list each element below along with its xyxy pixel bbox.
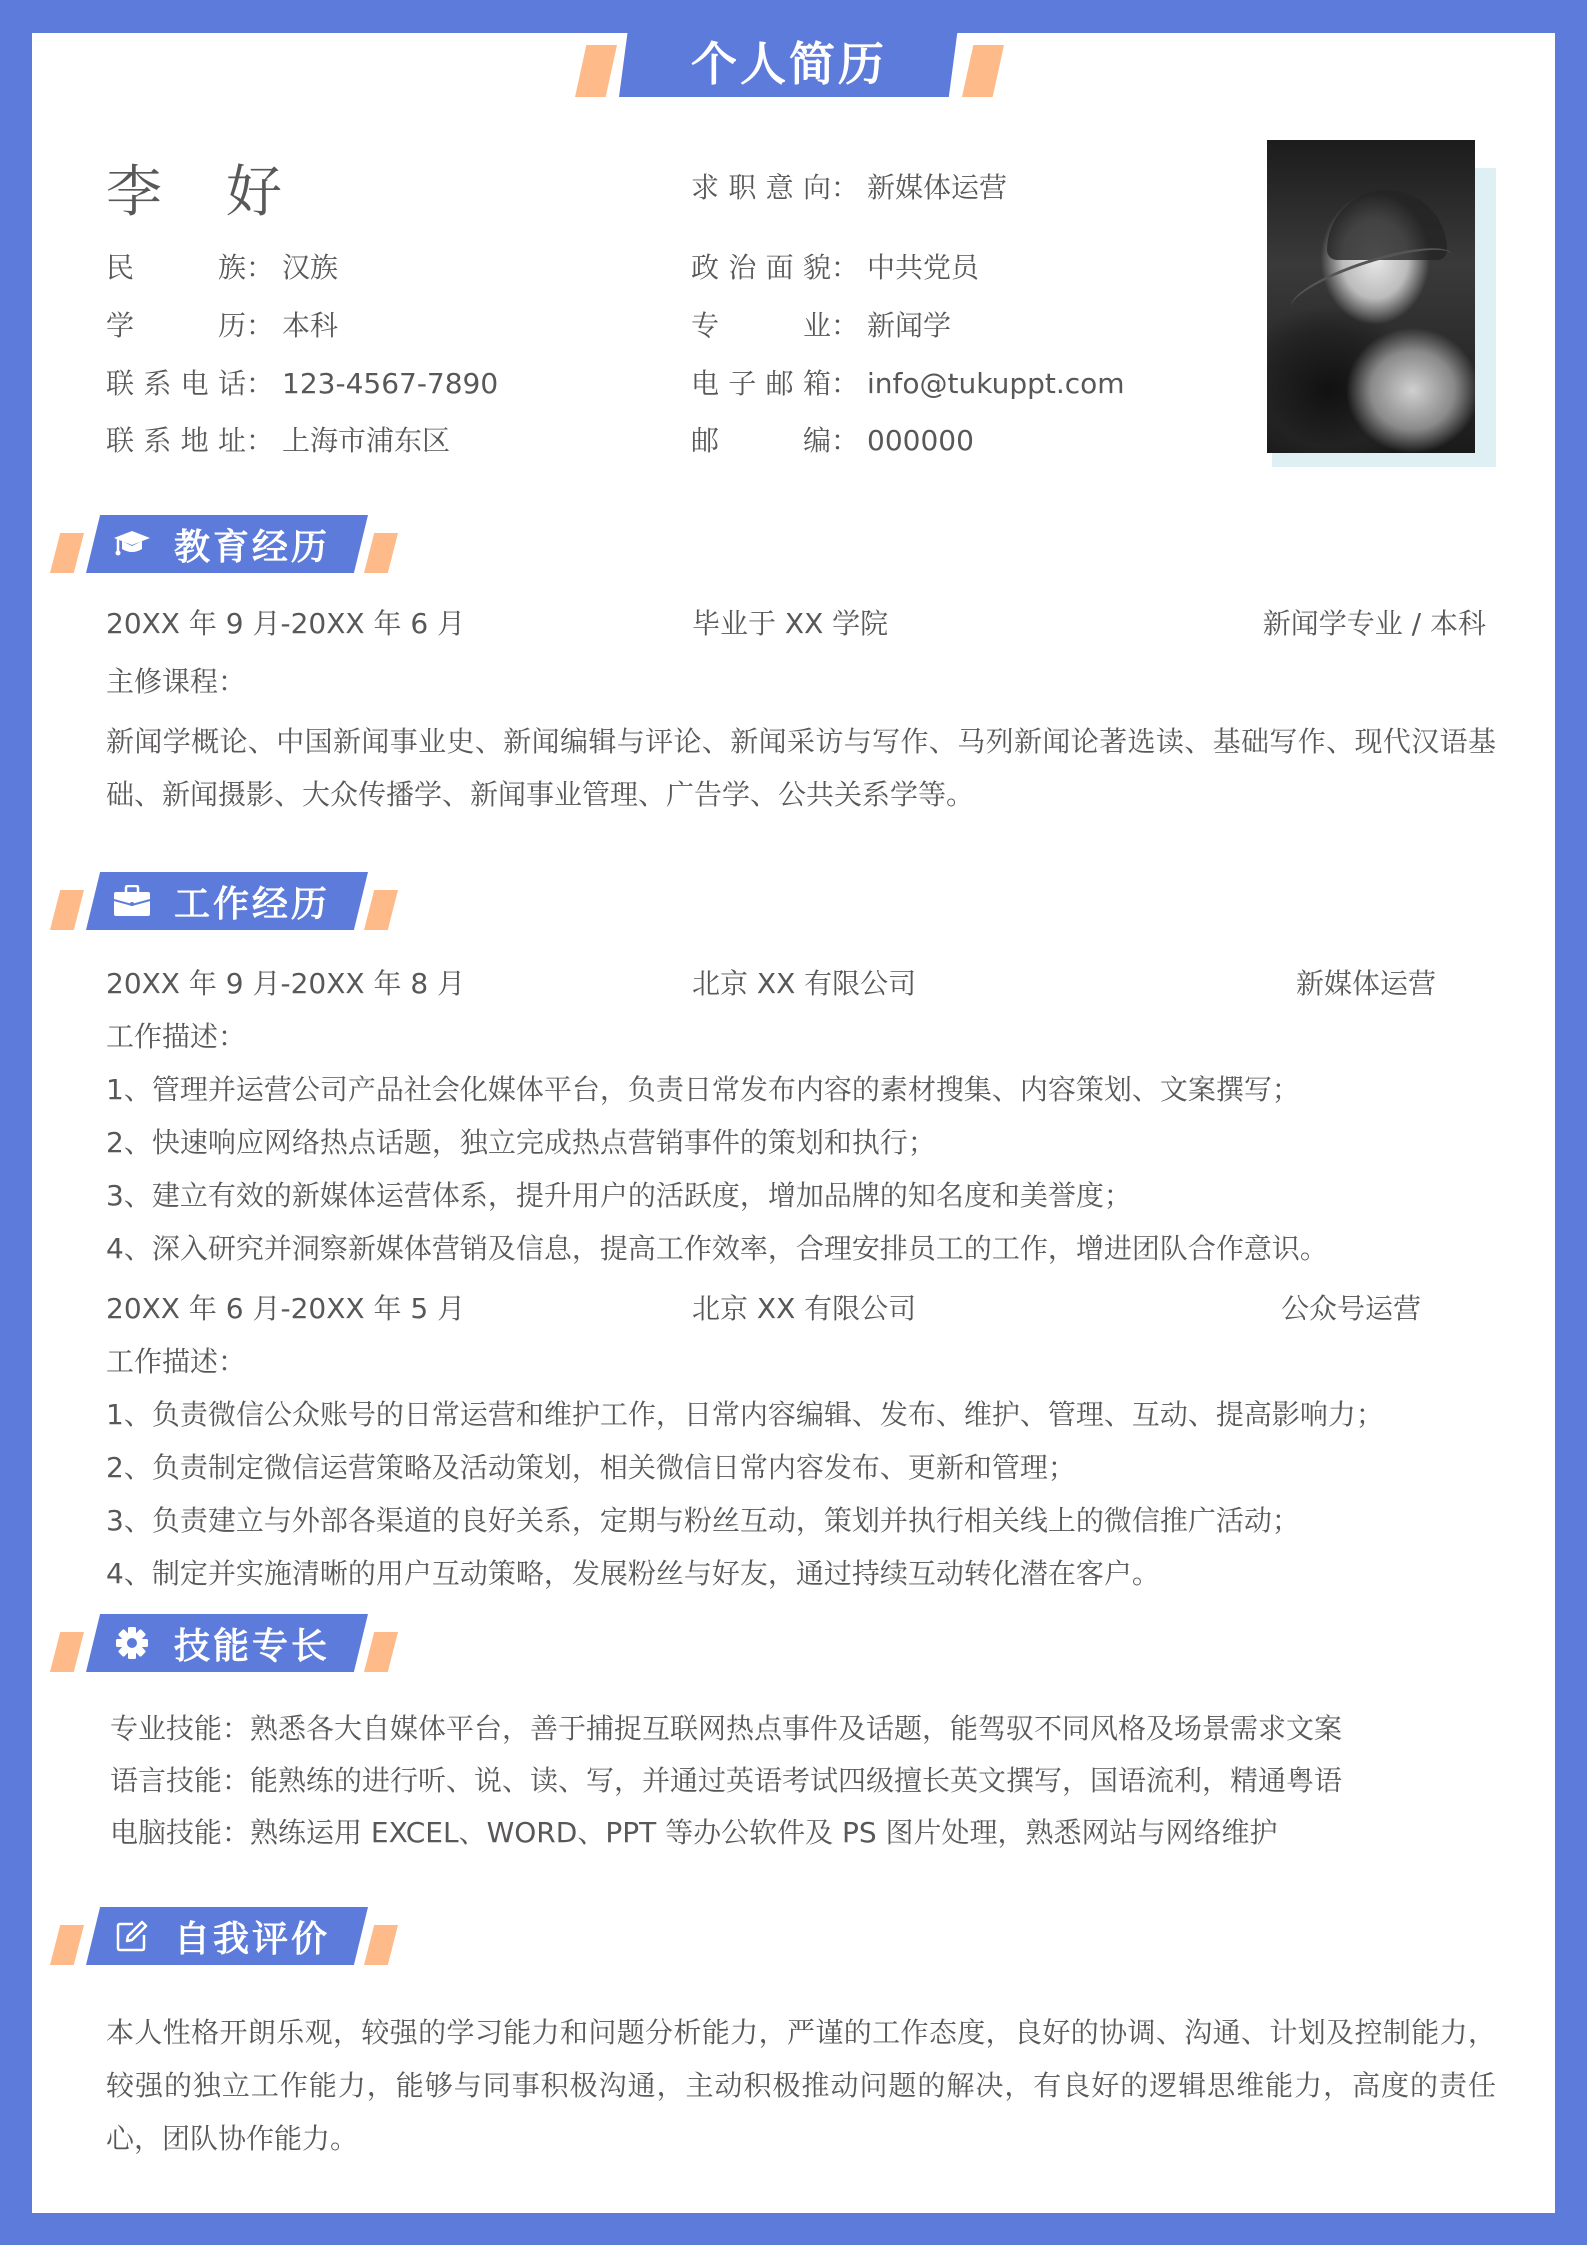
field-political-status: 政治面貌：中共党员 [691,248,979,288]
skill-item: 专业技能：熟悉各大自媒体平台，善于捕捉互联网热点事件及话题，能驾驭不同风格及场景… [110,1709,1342,1749]
header-accent-right [364,533,398,573]
job-entry: 20XX 年 9 月-20XX 年 8 月 北京 XX 有限公司 新媒体运营 [106,964,1436,1004]
job-period: 20XX 年 9 月-20XX 年 8 月 [106,967,465,1000]
colon: ： [246,367,274,400]
self-eval-text: 本人性格开朗乐观，较强的学习能力和问题分析能力，严谨的工作态度，良好的协调、沟通… [106,2006,1496,2165]
skill-item: 语言技能：能熟练的进行听、说、读、写，并通过英语考试四级擅长英文撰写，国语流利，… [110,1761,1342,1801]
header-accent-left [50,533,84,573]
colon: ： [831,171,859,204]
field-label: 政治面貌 [691,248,831,288]
job-duty: 4、制定并实施清晰的用户互动策略，发展粉丝与好友，通过持续互动转化潜在客户。 [106,1554,1160,1594]
field-phone: 联系电话：123-4567-7890 [106,364,498,404]
courses-label: 主修课程： [106,662,246,702]
title-banner: 个人简历 [619,20,959,97]
header-accent-right [364,1925,398,1965]
field-major: 专业：新闻学 [691,306,951,346]
job-position: 公众号运营 [1281,1289,1421,1329]
field-value: 中共党员 [867,251,979,284]
job-duty: 3、建立有效的新媒体运营体系，提升用户的活跃度，增加品牌的知名度和美誉度； [106,1176,1132,1216]
header-accent-left [50,1925,84,1965]
job-desc-label: 工作描述： [106,1017,246,1057]
graduation-cap-icon [112,526,152,562]
colon: ： [246,424,274,457]
section-title: 自我评价 [174,1911,330,1962]
gear-icon [112,1625,152,1661]
education-entry: 20XX 年 9 月-20XX 年 6 月 毕业于 XX 学院 新闻学专业 / … [106,604,1486,644]
skill-item: 电脑技能：熟练运用 EXCEL、WORD、PPT 等办公软件及 PS 图片处理，… [110,1813,1278,1853]
field-value: 汉族 [282,251,338,284]
header-bar: 教育经历 [86,515,368,573]
courses-text: 新闻学概论、中国新闻事业史、新闻编辑与评论、新闻采访与写作、马列新闻论著选读、基… [106,715,1496,821]
colon: ： [831,309,859,342]
job-duty: 1、管理并运营公司产品社会化媒体平台，负责日常发布内容的素材搜集、内容策划、文案… [106,1070,1300,1110]
header-accent-right [364,890,398,930]
section-header-work: 工作经历 [50,872,400,932]
briefcase-icon [112,883,152,919]
field-value: 新闻学 [867,309,951,342]
field-label: 专业 [691,306,831,346]
section-header-self-eval: 自我评价 [50,1907,400,1967]
job-duty: 1、负责微信公众账号的日常运营和维护工作，日常内容编辑、发布、维护、管理、互动、… [106,1395,1384,1435]
field-postcode: 邮编：000000 [691,421,974,461]
page-title: 个人简历 [691,28,887,94]
job-duty: 2、快速响应网络热点话题，独立完成热点营销事件的策划和执行； [106,1123,936,1163]
field-job-intention: 求职意向：新媒体运营 [691,168,1007,208]
header-accent-left [50,890,84,930]
field-label: 联系电话 [106,364,246,404]
job-entry: 20XX 年 6 月-20XX 年 5 月 北京 XX 有限公司 公众号运营 [106,1289,1421,1329]
field-value: 新媒体运营 [867,171,1007,204]
field-value: 000000 [867,424,974,457]
field-label: 邮编 [691,421,831,461]
job-period: 20XX 年 6 月-20XX 年 5 月 [106,1292,465,1325]
job-duty: 2、负责制定微信运营策略及活动策划，相关微信日常内容发布、更新和管理； [106,1448,1076,1488]
field-label: 电子邮箱 [691,364,831,404]
field-label: 求职意向 [691,168,831,208]
colon: ： [831,367,859,400]
field-label: 民族 [106,248,246,288]
section-title: 教育经历 [174,519,330,570]
colon: ： [246,251,274,284]
education-degree: 新闻学专业 / 本科 [1263,604,1486,644]
job-duty: 3、负责建立与外部各渠道的良好关系，定期与粉丝互动，策划并执行相关线上的微信推广… [106,1501,1300,1541]
job-duty: 4、深入研究并洞察新媒体营销及信息，提高工作效率，合理安排员工的工作，增进团队合… [106,1229,1328,1269]
field-value: 上海市浦东区 [282,424,450,457]
education-school: 毕业于 XX 学院 [692,604,888,644]
section-header-education: 教育经历 [50,515,400,575]
job-company: 北京 XX 有限公司 [692,1289,916,1329]
colon: ： [831,424,859,457]
name-last: 好 [226,160,284,225]
section-title: 技能专长 [174,1618,330,1669]
header-bar: 工作经历 [86,872,368,930]
field-education: 学历：本科 [106,306,338,346]
colon: ： [246,309,274,342]
job-desc-label: 工作描述： [106,1342,246,1382]
field-label: 学历 [106,306,246,346]
field-value: info@tukuppt.com [867,367,1125,400]
header-accent-right [364,1632,398,1672]
field-value: 123-4567-7890 [282,367,498,400]
field-ethnicity: 民族：汉族 [106,248,338,288]
header-bar: 技能专长 [86,1614,368,1672]
header-bar: 自我评价 [86,1907,368,1965]
education-period: 20XX 年 9 月-20XX 年 6 月 [106,607,465,640]
job-position: 新媒体运营 [1296,964,1436,1004]
section-header-skills: 技能专长 [50,1614,400,1674]
field-value: 本科 [282,309,338,342]
name-first: 李 [106,160,164,225]
profile-photo [1267,140,1475,453]
job-company: 北京 XX 有限公司 [692,964,916,1004]
field-address: 联系地址：上海市浦东区 [106,421,450,461]
header-accent-left [50,1632,84,1672]
colon: ： [831,251,859,284]
edit-pencil-icon [112,1918,152,1954]
candidate-name: 李好 [106,148,284,228]
field-email: 电子邮箱：info@tukuppt.com [691,364,1125,404]
section-title: 工作经历 [174,876,330,927]
field-label: 联系地址 [106,421,246,461]
